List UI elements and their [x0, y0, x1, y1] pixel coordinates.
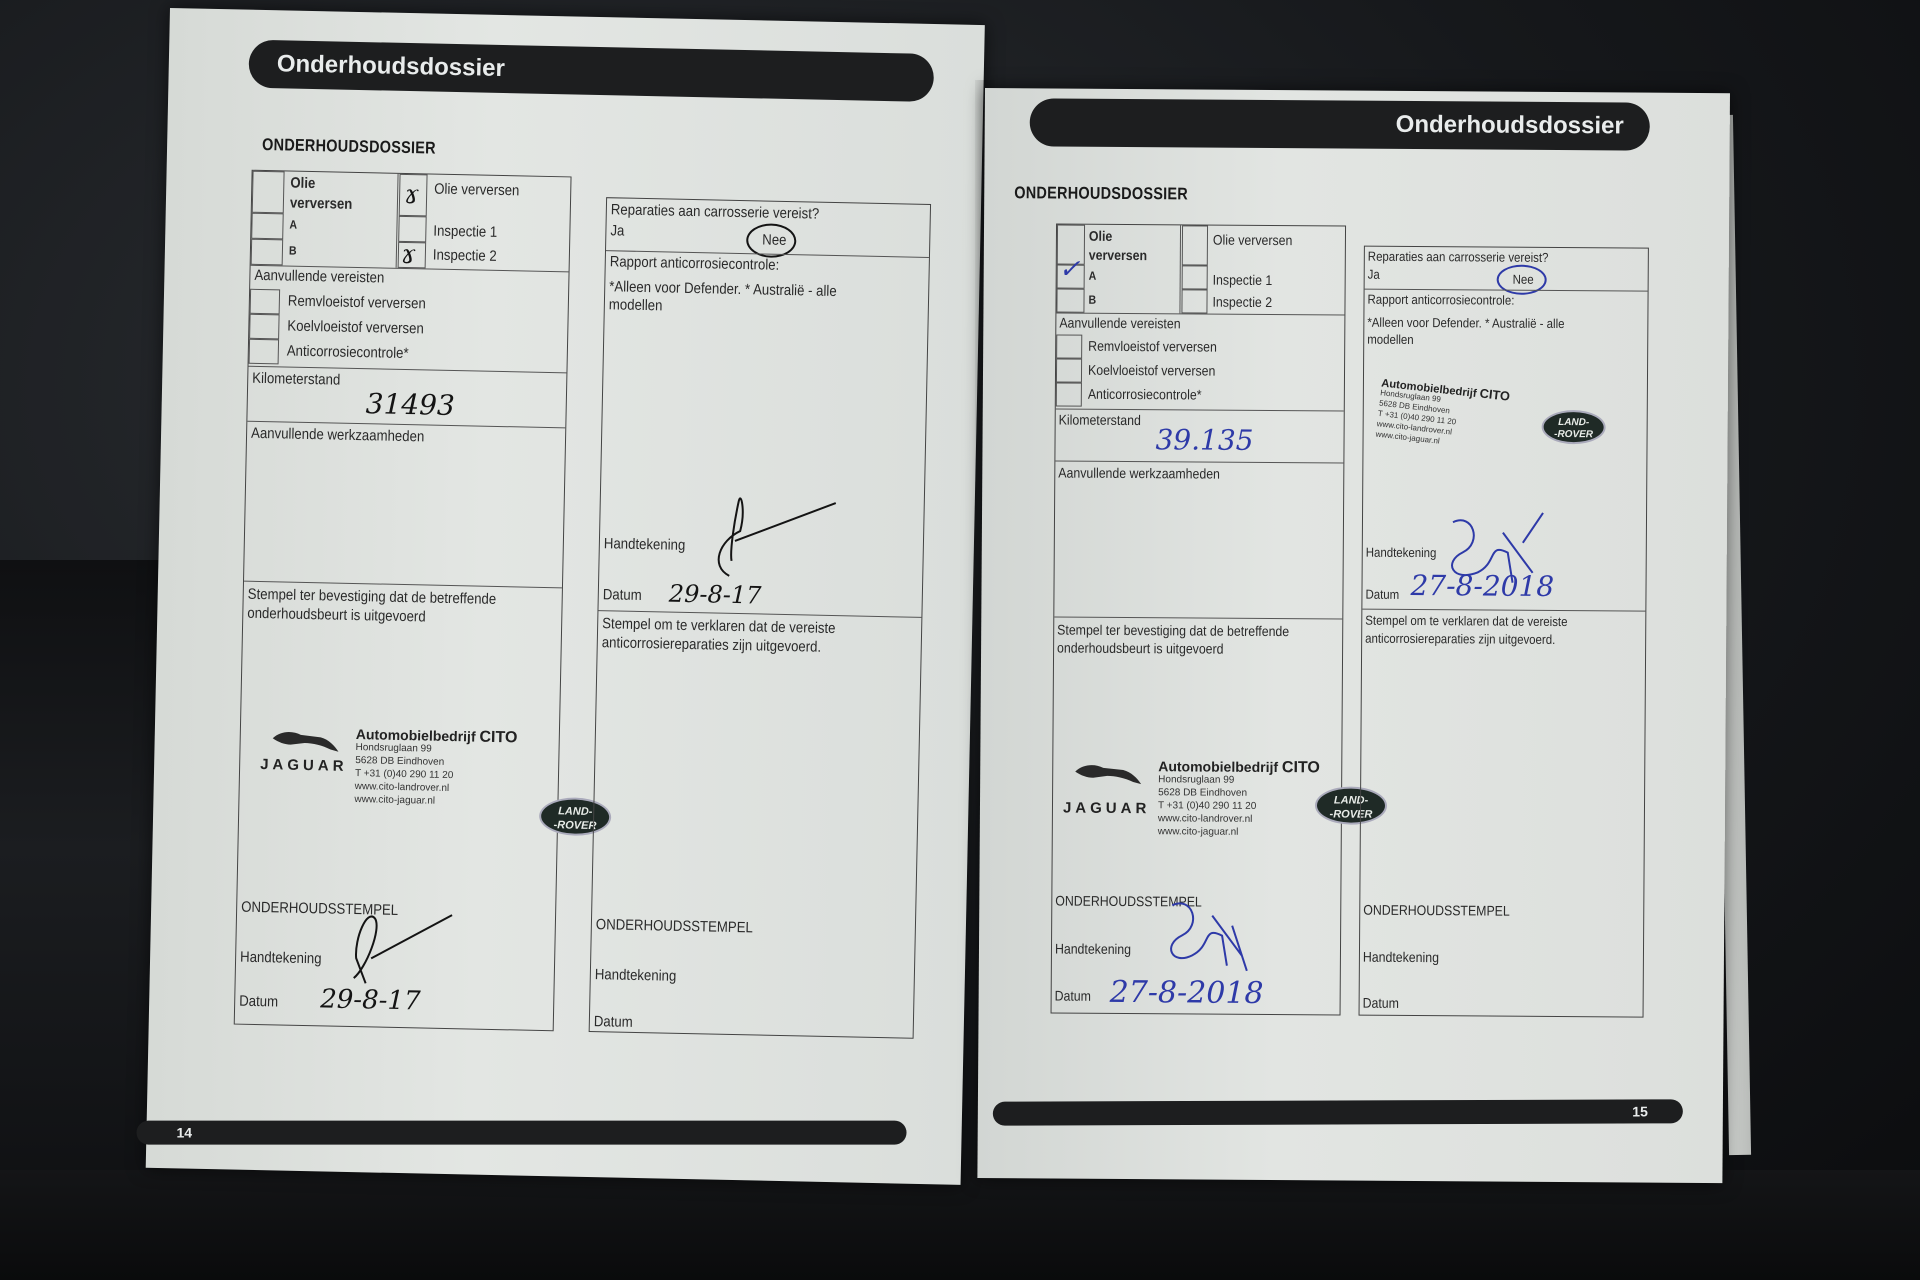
dealer-address-block: Automobielbedrijf CITO Hondsruglaan 99 5… [1375, 378, 1510, 454]
coolant-label: Koelvloeistof verversen [287, 318, 424, 338]
date-label: Datum [1365, 587, 1399, 602]
page-header-bar: Onderhoudsdossier [248, 40, 934, 102]
signature-label: Handtekening [1366, 545, 1437, 560]
service-stamp-note: Stempel ter bevestiging dat de betreffen… [247, 585, 529, 629]
anticorrosion-stamp-note: Stempel om te verklaren dat de vereiste … [602, 614, 884, 658]
dealer-stamp: JAGUAR Automobielbedrijf CITO Hondsrugla… [259, 726, 561, 822]
signature-label: Handtekening [240, 949, 322, 968]
inspection-2-checkbox[interactable] [1181, 289, 1207, 313]
brake-fluid-label: Remvloeistof verversen [288, 293, 426, 313]
anticorrosion-footnote: *Alleen voor Defender. * Australië - all… [1367, 314, 1605, 350]
signature-scribble [699, 480, 841, 583]
bodywork-question-label: Reparaties aan carrosserie vereist? [611, 201, 820, 222]
inspection-1-label: Inspectie 1 [1213, 272, 1273, 288]
service-date-value[interactable]: 29-8-17 [320, 984, 421, 1016]
service-date-value[interactable]: 27-8-2018 [1110, 975, 1264, 1011]
brake-fluid-checkbox[interactable] [1056, 335, 1082, 359]
oil-change-group-label: Olie verversen [1089, 227, 1151, 265]
date-label: Datum [1055, 988, 1091, 1004]
jaguar-leaper-icon [270, 726, 341, 755]
coolant-checkbox[interactable] [249, 314, 280, 340]
inspection-2-label: Inspectie 2 [1212, 294, 1272, 310]
anticorrosion-checkbox[interactable] [1056, 383, 1082, 407]
odometer-value[interactable]: 31493 [365, 387, 455, 422]
oil-b-label: B [1088, 293, 1096, 307]
service-oil-checkbox[interactable] [1182, 225, 1208, 265]
oil-change-group-label: Olie verversen [290, 174, 352, 215]
oil-a-label: A [289, 218, 297, 232]
inspection-2-label: Inspectie 2 [433, 247, 497, 265]
oil-b-checkbox[interactable] [251, 239, 284, 266]
service-oil-label: Olie verversen [1213, 232, 1293, 249]
oil-group-checkbox[interactable] [252, 171, 285, 214]
date-label: Datum [594, 1013, 633, 1031]
oil-b-label: B [289, 244, 297, 258]
jaguar-logo-text: JAGUAR [260, 756, 348, 775]
dealer-brand: CITO [1282, 759, 1320, 776]
dealer-brand: CITO [479, 729, 517, 747]
service-oil-label: Olie verversen [434, 181, 519, 200]
additional-requirements-label: Aanvullende vereisten [1059, 315, 1180, 332]
coolant-checkbox[interactable] [1056, 359, 1082, 383]
signature-label: Handtekening [1363, 949, 1439, 966]
anticorrosion-report-label: Rapport anticorrosiecontrole: [610, 253, 780, 274]
service-form: ✓ Olie verversen A B Olie verversen Insp… [1051, 223, 1347, 1015]
service-stamp-note: Stempel ter bevestiging dat de betreffen… [1057, 621, 1321, 659]
booklet-page-right: Onderhoudsdossier ONDERHOUDSDOSSIER ✓ Ol… [977, 88, 1730, 1183]
additional-work-label: Aanvullende werkzaamheden [1058, 465, 1220, 482]
booklet-page-left: Onderhoudsdossier ONDERHOUDSDOSSIER Olie… [146, 8, 985, 1185]
anticorrosion-stamp-note: Stempel om te verklaren dat de vereiste … [1365, 612, 1616, 650]
section-title: ONDERHOUDSDOSSIER [262, 135, 436, 159]
date-label: Datum [1363, 995, 1399, 1011]
jaguar-logo-text: JAGUAR [1063, 800, 1150, 818]
anticorrosion-check-label: Anticorrosiecontrole* [287, 343, 409, 363]
land-rover-badge: LAND--ROVER [1542, 410, 1606, 444]
inspection-1-checkbox[interactable] [398, 216, 427, 243]
anticorrosion-form: Reparaties aan carrosserie vereist? Ja N… [1359, 246, 1649, 1018]
dealer-website-jaguar: www.cito-jaguar.nl [354, 793, 516, 809]
page-footer-bar: 14 [137, 1121, 907, 1145]
dealer-website-landrover: www.cito-landrover.nl [1158, 812, 1320, 826]
signature-label: Handtekening [595, 966, 677, 985]
section-title: ONDERHOUDSDOSSIER [1014, 183, 1188, 204]
anticorrosion-date-value[interactable]: 29-8-17 [669, 580, 762, 610]
inspection-1-checkbox[interactable] [1182, 265, 1208, 289]
dealer-address-block: Automobielbedrijf CITO Hondsruglaan 99 5… [1158, 760, 1320, 839]
anticorrosion-form: Reparaties aan carrosserie vereist? Ja N… [589, 197, 931, 1039]
jaguar-leaper-icon [1073, 760, 1143, 788]
dealer-website-jaguar: www.cito-jaguar.nl [1158, 825, 1320, 839]
signature-label: Handtekening [604, 535, 686, 554]
signature-label: Handtekening [1055, 941, 1131, 958]
service-stamp-label: ONDERHOUDSSTEMPEL [1363, 902, 1510, 919]
dealer-city: 5628 DB Eindhoven [1158, 786, 1320, 800]
anticorrosion-footnote: *Alleen voor Defender. * Australië - all… [609, 278, 874, 320]
anticorrosion-check-label: Anticorrosiecontrole* [1088, 386, 1202, 403]
service-form: Olie verversen A B ɤ ɤ Olie verversen In… [234, 170, 572, 1032]
page-footer-bar: 15 [993, 1099, 1683, 1125]
bodywork-yes-option[interactable]: Ja [610, 222, 624, 239]
page-number: 14 [177, 1125, 193, 1141]
dealer-stamp: JAGUAR Automobielbedrijf CITO Hondsrugla… [1063, 760, 1324, 852]
bodywork-yes-option[interactable]: Ja [1368, 267, 1380, 282]
bodywork-question-label: Reparaties aan carrosserie vereist? [1368, 249, 1549, 265]
dealer-phone: T +31 (0)40 290 11 20 [1158, 799, 1320, 813]
odometer-value[interactable]: 39.135 [1155, 423, 1253, 457]
page-number: 15 [1632, 1103, 1648, 1119]
service-stamp-label: ONDERHOUDSSTEMPEL [596, 916, 753, 936]
service-oil-check-mark: ɤ [404, 180, 419, 210]
anticorrosion-report-label: Rapport anticorrosiecontrole: [1367, 292, 1514, 308]
oil-a-check-mark: ✓ [1059, 255, 1081, 285]
oil-a-label: A [1089, 269, 1097, 283]
brake-fluid-label: Remvloeistof verversen [1088, 338, 1217, 355]
page-header-bar: Onderhoudsdossier [1030, 98, 1650, 150]
signature-scribble [326, 897, 458, 990]
anticorrosion-checkbox[interactable] [249, 339, 280, 365]
date-label: Datum [603, 586, 642, 604]
dealer-address-block: Automobielbedrijf CITO Hondsruglaan 99 5… [354, 728, 517, 809]
signature-scribble [1152, 895, 1263, 976]
oil-b-checkbox[interactable] [1056, 289, 1084, 313]
odometer-label: Kilometerstand [1059, 412, 1141, 429]
inspection-1-label: Inspectie 1 [433, 223, 497, 241]
car-floor-background [0, 1170, 1920, 1280]
additional-requirements-label: Aanvullende vereisten [254, 267, 384, 287]
inspection-2-check-mark: ɤ [401, 240, 416, 270]
additional-work-label: Aanvullende werkzaamheden [251, 425, 424, 446]
coolant-label: Koelvloeistof verversen [1088, 362, 1215, 379]
anticorrosion-date-value[interactable]: 27-8-2018 [1410, 569, 1554, 603]
brake-fluid-checkbox[interactable] [250, 289, 281, 315]
odometer-label: Kilometerstand [252, 370, 340, 389]
date-label: Datum [239, 993, 278, 1011]
oil-a-checkbox[interactable] [251, 213, 284, 240]
